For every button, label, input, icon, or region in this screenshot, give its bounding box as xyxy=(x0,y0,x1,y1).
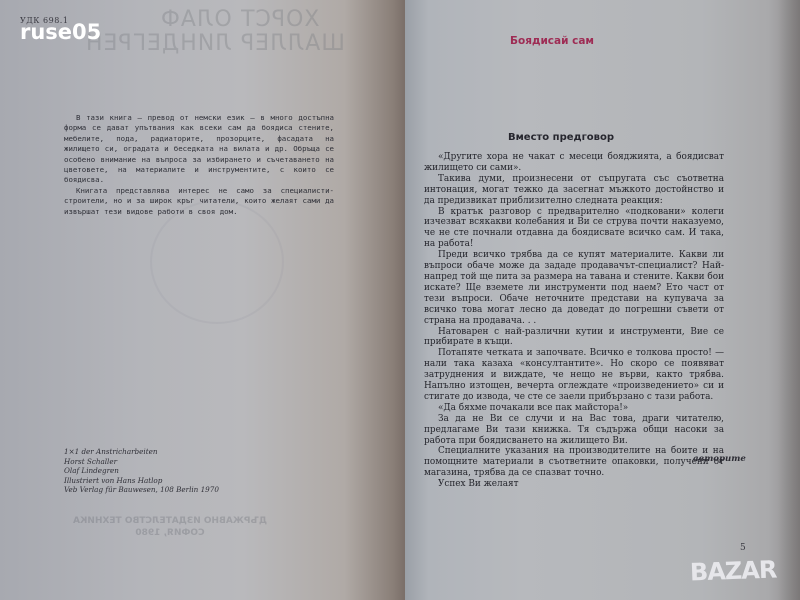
show-through-line: ДЪРЖАВНО ИЗДАТЕЛСТВО ТЕХНИКА xyxy=(70,515,270,527)
annotation-paragraph: Книгата представлява интерес не само за … xyxy=(64,186,334,217)
show-through-line: СОФИЯ, 1980 xyxy=(70,527,270,539)
foreword-paragraph: «Другите хора не чакат с месеци бояджият… xyxy=(424,152,724,174)
foreword-paragraph: Такива думи, произнесени от съпругата съ… xyxy=(424,174,724,207)
colophon-line: 1×1 der Anstricharbeiten xyxy=(64,447,284,457)
foreword-paragraph: Специалните указания на производителите … xyxy=(424,446,724,479)
show-through-line: ШАЛЛЕР xyxy=(240,32,345,56)
foreword-paragraph: За да не Ви се случи и на Вас това, драг… xyxy=(424,414,724,447)
page-title: Боядисай сам xyxy=(510,35,594,47)
foreword-paragraph: Потапяте четката и започвате. Всичко е т… xyxy=(424,348,724,403)
show-through-publisher: ДЪРЖАВНО ИЗДАТЕЛСТВО ТЕХНИКА СОФИЯ, 1980 xyxy=(70,515,270,539)
foreword-paragraph: «Да бяхме почакали все пак майстора!» xyxy=(424,403,724,414)
watermark-bazar-logo: BAZAR xyxy=(690,556,777,587)
colophon-line: Olaf Lindegren xyxy=(64,466,284,476)
page-number: 5 xyxy=(740,543,746,553)
show-through-coauthor: ОЛАФ ЛИНДЕГРЕН xyxy=(85,8,232,56)
annotation-paragraph: В тази книга — превод от немски език — в… xyxy=(64,113,334,186)
watermark-ruse05: ruse05 xyxy=(20,20,101,44)
foreword-paragraph: Успех Ви желаят xyxy=(424,479,724,490)
show-through-illustration xyxy=(150,200,284,324)
foreword-paragraph: Натоварен с най-различни кутии и инструм… xyxy=(424,327,724,349)
foreword-paragraph: В кратък разговор с предварително «подко… xyxy=(424,207,724,251)
foreword-body: «Другите хора не чакат с месеци бояджият… xyxy=(424,152,724,490)
show-through-line: ЛИНДЕГРЕН xyxy=(85,32,232,56)
colophon-line: Horst Schaller xyxy=(64,457,284,467)
signature: авторите xyxy=(693,454,746,464)
colophon: 1×1 der Anstricharbeiten Horst Schaller … xyxy=(64,447,284,495)
foreword-paragraph: Преди всичко трябва да се купят материал… xyxy=(424,250,724,326)
left-page: ХОРСТ ШАЛЛЕР ОЛАФ ЛИНДЕГРЕН УДК 698.1 В … xyxy=(0,0,405,600)
colophon-line: Veb Verlag für Bauwesen, 108 Berlin 1970 xyxy=(64,485,284,495)
book-annotation: В тази книга — превод от немски език — в… xyxy=(64,113,334,217)
book-spread: ХОРСТ ШАЛЛЕР ОЛАФ ЛИНДЕГРЕН УДК 698.1 В … xyxy=(0,0,800,600)
show-through-line: ОЛАФ xyxy=(85,8,232,32)
colophon-line: Illustriert von Hans Hatlop xyxy=(64,476,284,486)
show-through-author-title: ХОРСТ ШАЛЛЕР xyxy=(240,8,345,56)
show-through-line: ХОРСТ xyxy=(240,8,345,32)
section-title: Вместо предговор xyxy=(508,132,614,143)
